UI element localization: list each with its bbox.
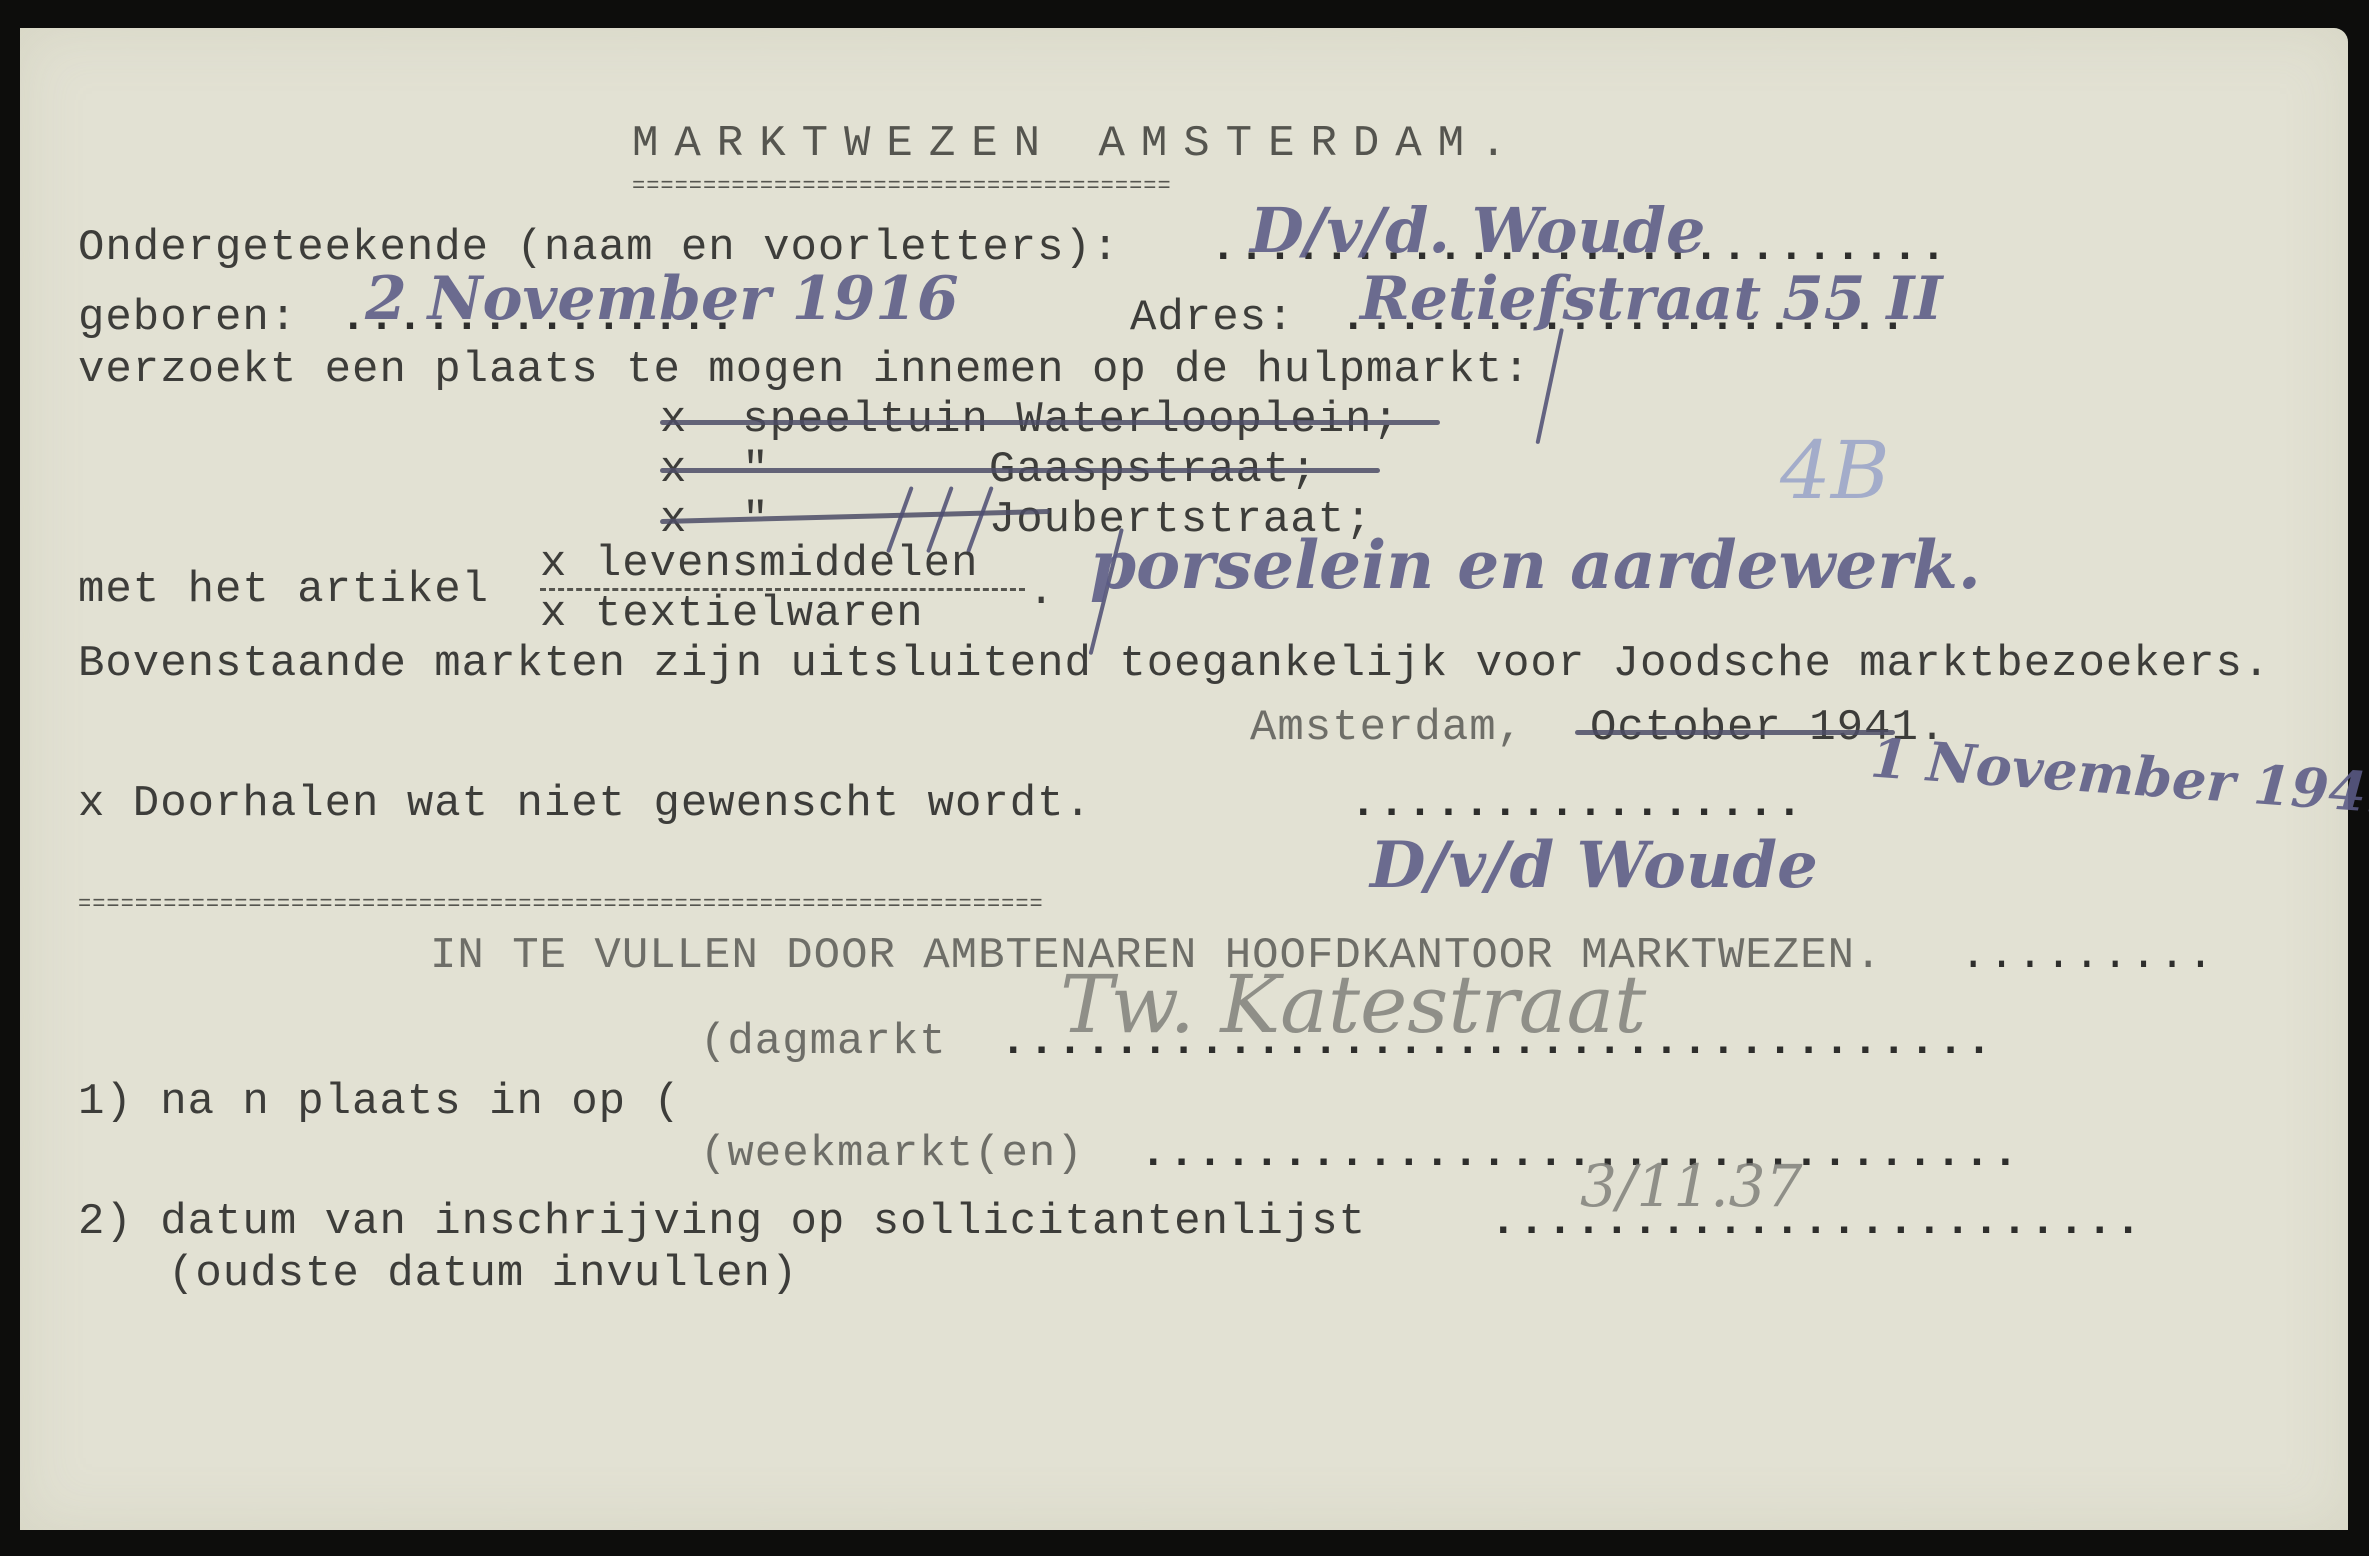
place: Amsterdam,: [1250, 704, 1524, 752]
title-underline: ======================================: [632, 176, 1172, 198]
notice-text: Bovenstaande markten zijn uitsluitend to…: [78, 640, 2270, 688]
address-label: Adres:: [1130, 294, 1294, 342]
article-option-1: x levensmiddelen: [540, 540, 978, 588]
document-title: MARKTWEZEN AMSTERDAM.: [632, 120, 1523, 168]
signature: D/v/d Woude: [1370, 828, 1818, 903]
address-handwritten: Retiefstraat 55 II: [1360, 264, 1943, 334]
handwritten-date: 1 November 1941: [1868, 725, 2369, 826]
day-dots: ...................................: [1000, 1018, 1994, 1066]
footnote: x Doorhalen wat niet gewenscht wordt.: [78, 780, 1092, 828]
strike-market-1: [660, 420, 1440, 425]
item2-handwritten: 3/11.37: [1580, 1152, 1802, 1220]
item2-sub: (oudste datum invullen): [168, 1250, 798, 1298]
item1-label: 1) na n plaats in op (: [78, 1078, 681, 1126]
margin-note: 4B: [1780, 424, 1890, 517]
article-period: .: [1028, 568, 1055, 616]
name-handwritten: D/v/d. Woude: [1250, 194, 1705, 267]
heading-dots: .........: [1960, 932, 2216, 980]
item1-day: (dagmarkt: [700, 1018, 947, 1066]
article-label: met het artikel: [78, 566, 489, 614]
strike-market-2: [660, 468, 1380, 473]
section-separator: ========================================…: [78, 894, 1044, 916]
born-label: geboren:: [78, 294, 297, 342]
pen-stroke: [1535, 328, 1563, 444]
item2-label: 2) datum van inschrijving op sollicitant…: [78, 1198, 1366, 1246]
signature-dots: ................: [1350, 780, 1804, 828]
document-card: MARKTWEZEN AMSTERDAM. ==================…: [20, 28, 2348, 1530]
request-line: verzoekt een plaats te mogen innemen op …: [78, 346, 1530, 394]
article-option-2: x textielwaren: [540, 590, 924, 638]
article-handwritten: porselein en aardewerk.: [1090, 526, 1981, 604]
item1-week: (weekmarkt(en): [700, 1130, 1084, 1178]
strike-typed-date: [1575, 730, 1895, 735]
born-handwritten: 2 November 1916: [365, 264, 959, 334]
